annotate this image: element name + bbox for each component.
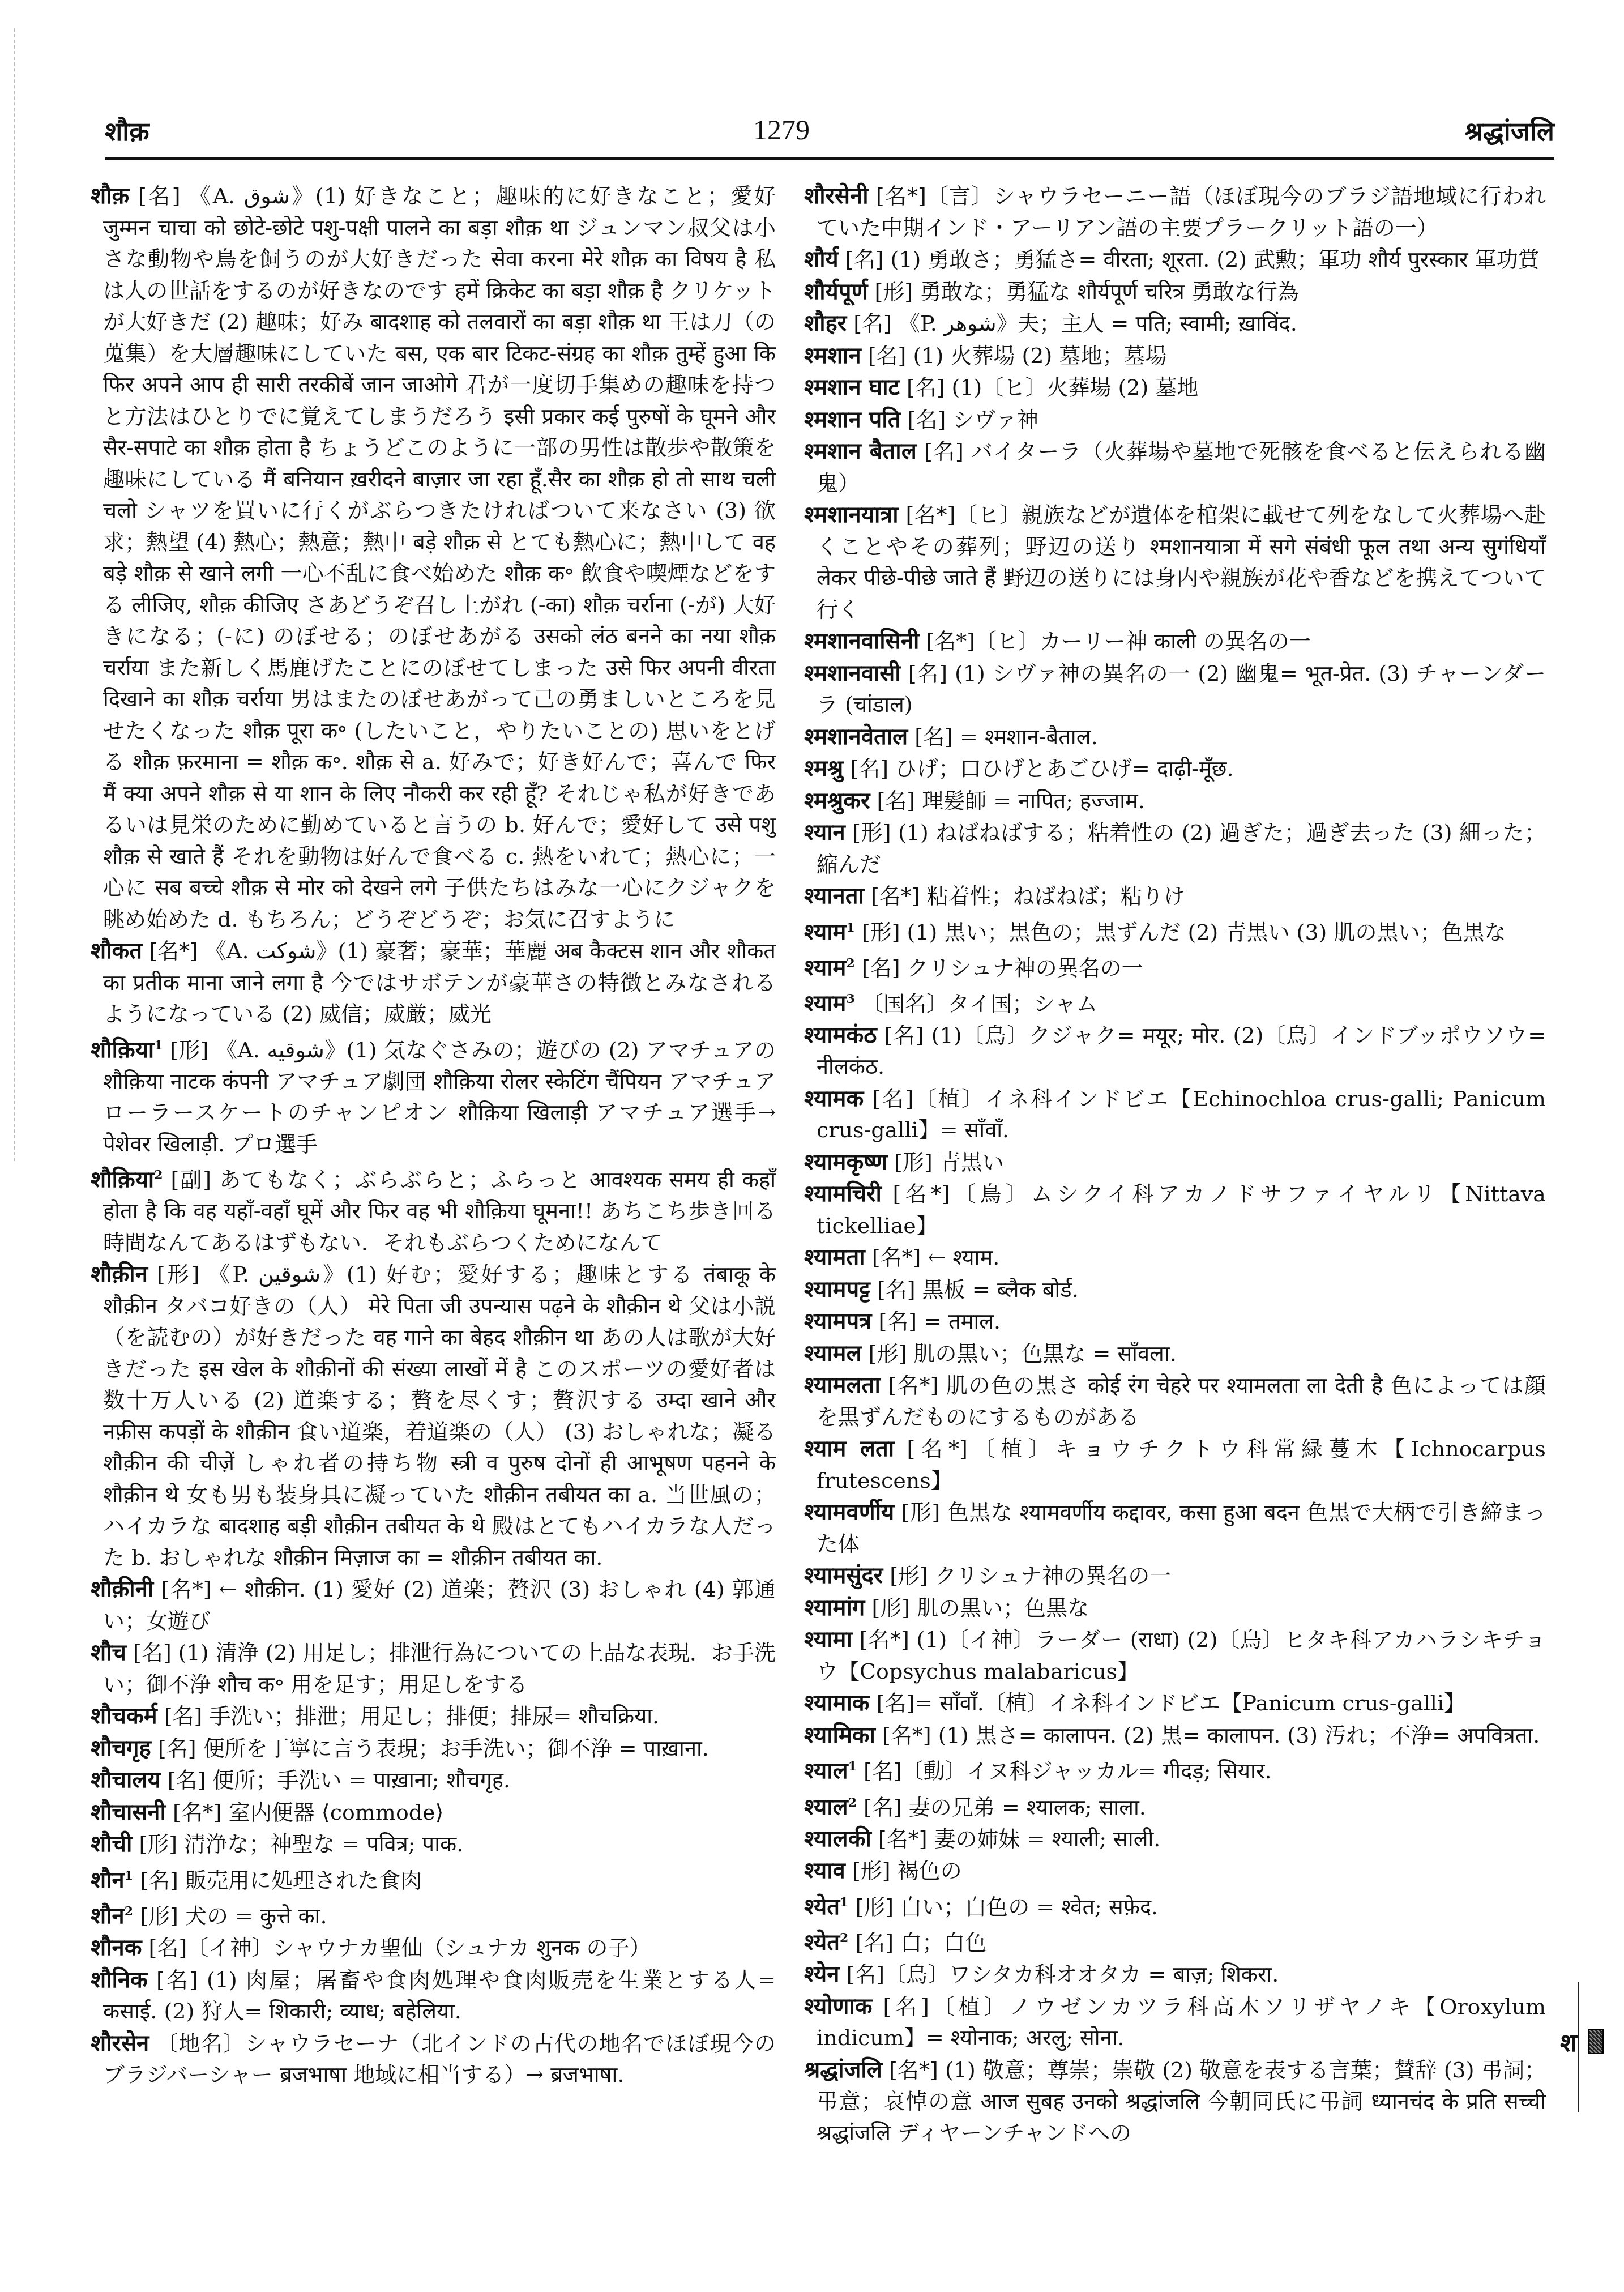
entry-definition: [名] シヴァ神 xyxy=(908,407,1038,432)
entry-headword: श्रद्धांजलि xyxy=(804,2056,882,2083)
entry-definition: [副] あてもなく；ぶらぶらと；ふらっと आवश्यक समय ही कहाँ … xyxy=(103,1167,776,1255)
dictionary-entry: शौन1 [名] 販売用に処理された食肉 xyxy=(91,1860,776,1896)
entry-headword: श्यामवर्णीय xyxy=(804,1499,894,1525)
entry-definition: [名*] ← श्याम. xyxy=(872,1245,999,1270)
entry-definition: [形] 勇敢な；勇猛な शौर्यपूर्ण चरित्र 勇敢な行為 xyxy=(875,279,1299,304)
entry-headword: श्यामक xyxy=(804,1085,864,1112)
entry-definition: [形] 色黒な श्यामवर्णीय कद्दावर, कसा हुआ बदन… xyxy=(817,1500,1546,1556)
entry-headword: श्यामल xyxy=(804,1340,862,1367)
entry-headword: शौहर xyxy=(804,310,847,336)
entry-headword: शौर्य xyxy=(804,246,839,272)
entry-definition: [形] 肌の黒い；色黒な xyxy=(871,1595,1089,1620)
entry-headword: श्मशान पति xyxy=(804,406,901,433)
entry-definition: [名] クリシュナ神の異名の一 xyxy=(862,955,1143,980)
entry-definition: [名] 販売用に処理された食肉 xyxy=(140,1867,422,1892)
dictionary-entry: शौक़िया1 [形] 《A. شوقيه》(1) 気なぐさみの；遊びの (2… xyxy=(91,1030,776,1160)
dictionary-entry: श्यामा [名*] (1)〔イ神〕ラーダー (राधा) (2)〔鳥〕ヒタキ… xyxy=(804,1624,1546,1687)
thumb-index-tab-icon xyxy=(1588,2029,1604,2054)
entry-definition: [名] 理髪師 = नापित; हज्जाम. xyxy=(877,788,1144,813)
dictionary-entry: श्रद्धांजलि [名*] (1) 敬意；尊崇；崇敬 (2) 敬意を表する… xyxy=(804,2054,1546,2149)
entry-definition: [形] クリシュナ神の異名の一 xyxy=(890,1563,1171,1588)
entry-headword: शौचगृह xyxy=(91,1735,151,1761)
entry-definition: [名]〔動〕イヌ科ジャッカル= गीदड़; सियार. xyxy=(864,1759,1271,1783)
dictionary-entry: श्यालकी [名*] 妻の姉妹 = श्याली; साली. xyxy=(804,1823,1546,1855)
dictionary-entry: श्यामचिरी [名*]〔鳥〕ムシクイ科アカノドサファイヤルリ【Nittav… xyxy=(804,1178,1546,1241)
entry-definition: [名*] 室内便器 ⟨commode⟩ xyxy=(173,1800,443,1825)
entry-definition: [形] 《A. شوقيه》(1) 気なぐさみの；遊びの (2) アマチュアの … xyxy=(103,1037,776,1156)
entry-headword: शौचासनी xyxy=(91,1799,166,1825)
entry-definition: [形] (1) ねばねばする；粘着性の (2) 過ぎた；過ぎ去った (3) 細っ… xyxy=(817,820,1546,877)
dictionary-entry: श्याव [形] 褐色の xyxy=(804,1855,1546,1887)
dictionary-entry: श्यान [形] (1) ねばねばする；粘着性の (2) 過ぎた；過ぎ去った … xyxy=(804,817,1546,880)
entry-definition: [名] 便所；手洗い = पाख़ाना; शौचगृह. xyxy=(168,1768,510,1792)
entry-definition: [名] (1)〔ヒ〕火葬場 (2) 墓地 xyxy=(907,375,1199,400)
entry-headword: शौच xyxy=(91,1639,126,1666)
entry-headword: श्यामांग xyxy=(804,1594,865,1621)
homograph-number: 2 xyxy=(125,1904,133,1919)
dictionary-entry: श्याल2 [名] 妻の兄弟 = श्यालक; साला. xyxy=(804,1787,1546,1823)
entry-definition: [形] (1) 黒い；黒色の；黒ずんだ (2) 青黒い (3) 肌の黒い；色黒な xyxy=(862,919,1506,944)
entry-definition: [名] = श्मशान-बैताल. xyxy=(914,724,1097,749)
dictionary-entry: श्याल1 [名]〔動〕イヌ科ジャッカル= गीदड़; सियार. xyxy=(804,1751,1546,1787)
entry-definition: [名] バイターラ（火葬場や墓地で死骸を食べると伝えられる幽鬼） xyxy=(817,439,1546,496)
entry-headword: श्मश्रुकर xyxy=(804,787,870,814)
entry-definition: [形] 《P. شوقين》(1) 好む；愛好する；趣味とする तंबाकू क… xyxy=(103,1262,776,1570)
dictionary-entry: शौरसेनी [名*]〔言〕シャウラセーニー語（ほぼ現今のブラジ語地域に行われ… xyxy=(804,180,1546,244)
entry-definition: [名] 白；白色 xyxy=(855,1930,986,1955)
entry-definition: [名*] 粘着性；ねばねば；粘りけ xyxy=(871,883,1185,908)
thumb-index: श xyxy=(1560,2025,1604,2059)
dictionary-entry: शौहर [名] 《P. شوهر》夫；主人 = पति; स्वामी; ख़… xyxy=(804,308,1546,340)
entry-headword: शौचकर्म xyxy=(91,1702,157,1729)
entry-headword: शौची xyxy=(91,1830,132,1857)
entry-definition: [名*] 肌の色の黒さ कोई रंग चेहरे पर श्यामलता ला… xyxy=(817,1373,1546,1429)
dictionary-entry: श्याम2 [名] クリシュナ神の異名の一 xyxy=(804,948,1546,984)
page-header: शौक़ 1279 श्रद्धांजलि xyxy=(99,113,1554,153)
dictionary-entry: श्याम1 [形] (1) 黒い；黒色の；黒ずんだ (2) 青黒い (3) 肌… xyxy=(804,912,1546,948)
dictionary-entry: शौक़ीनी [名*] ← शौक़ीन. (1) 愛好 (2) 道楽；贅沢 … xyxy=(91,1573,776,1637)
thumb-index-letter: श xyxy=(1560,2025,1577,2059)
dictionary-entry: शौनक [名]〔イ神〕シャウナカ聖仙（シュナカ शुनक の子） xyxy=(91,1932,776,1964)
entry-definition: [形] 白い；白色の = श्वेत; सफ़ेद. xyxy=(855,1894,1158,1919)
dictionary-entry: श्येत1 [形] 白い；白色の = श्वेत; सफ़ेद. xyxy=(804,1887,1546,1923)
right-guide-word: श्रद्धांजलि xyxy=(1465,113,1554,148)
entry-definition: [名]〔鳥〕ワシタカ科オオタカ = बाज़; शिकरा. xyxy=(847,1962,1279,1987)
entry-headword: श्यान xyxy=(804,819,845,846)
dictionary-entry: श्मशान [名] (1) 火葬場 (2) 墓地；墓場 xyxy=(804,340,1546,372)
entry-definition: [名]〔イ神〕シャウナカ聖仙（シュナカ शुनक の子） xyxy=(149,1935,651,1960)
dictionary-entry: शौची [形] 清浄な；神聖な = पवित्र; पाक. xyxy=(91,1828,776,1860)
entry-definition: [名*]〔言〕シャウラセーニー語（ほぼ現今のブラジ語地域に行われていた中期インド… xyxy=(817,183,1546,240)
entry-definition: [名] (1) 清浄 (2) 用足し；排泄行為についての上品な表現．お手洗い；御… xyxy=(103,1640,776,1697)
entry-headword: शौकत xyxy=(91,937,142,964)
entry-definition: [名]〔植〕イネ科インドビエ【Echinochloa crus-galli; P… xyxy=(817,1086,1546,1143)
entry-headword: श्येत xyxy=(804,1893,840,1919)
dictionary-entry: शौक़ [名] 《A. شوق》(1) 好きなこと；趣味的に好きなこと；愛好 … xyxy=(91,180,776,935)
dictionary-entry: श्मश्रुकर [名] 理髪師 = नापित; हज्जाम. xyxy=(804,785,1546,817)
entry-definition: [名] (1) 勇敢さ；勇猛さ= वीरता; शूरता. (2) 武勲；軍功… xyxy=(845,247,1540,272)
dictionary-entry: श्यामांग [形] 肌の黒い；色黒な xyxy=(804,1592,1546,1624)
entry-headword: श्मश्रु xyxy=(804,755,843,782)
dictionary-entry: श्यामता [名*] ← श्याम. xyxy=(804,1241,1546,1274)
dictionary-entry: श्यामिका [名*] (1) 黒さ= कालापन. (2) 黒= काल… xyxy=(804,1719,1546,1752)
entry-headword: श्येन xyxy=(804,1961,839,1987)
entry-headword: श्याम xyxy=(804,989,846,1016)
entry-headword: श्मशानवासिनी xyxy=(804,628,919,654)
entry-headword: श्मशानवासी xyxy=(804,660,901,686)
entry-headword: शौन xyxy=(91,1866,125,1893)
dictionary-entry: शौर्य [名] (1) 勇敢さ；勇猛さ= वीरता; शूरता. (2)… xyxy=(804,244,1546,276)
entry-definition: [名] (1) 肉屋；屠畜や食肉処理や食肉販売を生業とする人= कसाई. (2… xyxy=(103,1967,776,2024)
dictionary-entry: श्योणाक [名]〔植〕ノウゼンカツラ科高木ソリザヤノキ【Oroxylum … xyxy=(804,1991,1546,2054)
dictionary-entry: श्यामपट्ट [名] 黒板 = ब्लैक बोर्ड. xyxy=(804,1274,1546,1306)
homograph-number: 2 xyxy=(840,1931,848,1945)
dictionary-entry: शौन2 [形] 犬の = कुत्ते का. xyxy=(91,1896,776,1932)
dictionary-entry: शौचगृह [名] 便所を丁寧に言う表現；お手洗い；御不浄 = पाख़ाना… xyxy=(91,1732,776,1765)
dictionary-entry: श्मशानवेताल [名] = श्मशान-बैताल. xyxy=(804,721,1546,753)
entry-headword: शौक़ीनी xyxy=(91,1576,153,1602)
homograph-number: 1 xyxy=(840,1895,848,1910)
left-column: शौक़ [名] 《A. شوق》(1) 好きなこと；趣味的に好きなこと；愛好 … xyxy=(91,180,776,2091)
dictionary-entry: श्यामलता [名*] 肌の色の黒さ कोई रंग चेहरे पर श्… xyxy=(804,1369,1546,1433)
entry-headword: श्येत xyxy=(804,1929,840,1956)
homograph-number: 2 xyxy=(846,956,854,971)
dictionary-entry: श्मशानवासिनी [名*]〔ヒ〕カーリー神 काली の異名の一 xyxy=(804,625,1546,658)
homograph-number: 1 xyxy=(154,1038,163,1053)
dictionary-entry: श्मशान बैताल [名] バイターラ（火葬場や墓地で死骸を食べると伝えら… xyxy=(804,436,1546,499)
entry-headword: श्मशानवेताल xyxy=(804,723,908,750)
entry-headword: श्यामता xyxy=(804,1244,865,1270)
entry-headword: शौक़ीन xyxy=(91,1261,148,1287)
entry-headword: शौक़ xyxy=(91,182,129,209)
entry-headword: श्यामलता xyxy=(804,1372,881,1398)
entry-definition: [名*] (1) 黒さ= कालापन. (2) 黒= कालापन. (3) … xyxy=(882,1723,1540,1748)
page-number: 1279 xyxy=(753,113,810,146)
dictionary-entry: श्यामकृष्ण [形] 青黒い xyxy=(804,1146,1546,1179)
dictionary-entry: श्याम3 〔国名〕タイ国；シャム xyxy=(804,984,1546,1019)
entry-headword: श्योणाक xyxy=(804,1993,873,2020)
dictionary-entry: श्येत2 [名] 白；白色 xyxy=(804,1923,1546,1958)
entry-definition: [名]= साँवाँ.〔植〕イネ科インドビエ【Panicum crus-gal… xyxy=(877,1691,1465,1715)
entry-headword: शौर्यपूर्ण xyxy=(804,278,867,305)
entry-definition: [名] (1) 火葬場 (2) 墓地；墓場 xyxy=(868,343,1167,368)
entry-definition: [名*]〔鳥〕ムシクイ科アカノドサファイヤルリ【Nittava tickelli… xyxy=(817,1181,1546,1238)
homograph-number: 2 xyxy=(848,1795,857,1810)
entry-headword: शौरसेनी xyxy=(804,182,869,209)
entry-definition: [形] 清浄な；神聖な = पवित्र; पाक. xyxy=(139,1832,463,1856)
entry-definition: [名*] ← शौक़ीन. (1) 愛好 (2) 道楽；贅沢 (3) おしゃれ… xyxy=(103,1577,776,1633)
homograph-number: 1 xyxy=(846,920,854,935)
entry-headword: श्याल xyxy=(804,1793,848,1820)
header-rule xyxy=(105,157,1554,160)
homograph-number: 1 xyxy=(848,1759,857,1774)
entry-definition: [名] 《A. شوق》(1) 好きなこと；趣味的に好きなこと；愛好 जुम्म… xyxy=(103,183,776,932)
dictionary-entry: श्यामपत्र [名] = तमाल. xyxy=(804,1305,1546,1338)
entry-headword: श्याम xyxy=(804,954,846,980)
entry-headword: श्यामकृष्ण xyxy=(804,1149,887,1175)
dictionary-entry: श्येन [名]〔鳥〕ワシタカ科オオタカ = बाज़; शिकरा. xyxy=(804,1958,1546,1991)
entry-headword: श्याल xyxy=(804,1757,848,1784)
dictionary-entry: श्यामकंठ [名] (1)〔鳥〕クジャク= मयूर; मोर. (2)〔… xyxy=(804,1019,1546,1083)
entry-definition: [形] 肌の黒い；色黒な = साँवला. xyxy=(869,1341,1177,1366)
dictionary-entry: शौक़िया2 [副] あてもなく；ぶらぶらと；ふらっと आवश्यक समय… xyxy=(91,1160,776,1258)
homograph-number: 1 xyxy=(125,1868,133,1883)
dictionary-entry: शौचालय [名] 便所；手洗い = पाख़ाना; शौचगृह. xyxy=(91,1764,776,1796)
entry-definition: [名*]〔ヒ〕親族などが遺体を棺架に載せて列をなして火葬場へ赴くことやその葬列；… xyxy=(817,502,1546,622)
entry-headword: श्यामपट्ट xyxy=(804,1276,870,1303)
entry-definition: [名] ひげ；口ひげとあごひげ= दाढ़ी-मूँछ. xyxy=(850,756,1233,781)
entry-headword: श्यामकंठ xyxy=(804,1022,877,1048)
entry-definition: [名] 黒板 = ब्लैक बोर्ड. xyxy=(877,1277,1079,1302)
dictionary-entry: श्यामक [名]〔植〕イネ科インドビエ【Echinochloa crus-g… xyxy=(804,1083,1546,1146)
entry-definition: [名] 便所を丁寧に言う表現；お手洗い；御不浄 = पाख़ाना. xyxy=(158,1736,709,1761)
dictionary-entry: श्यामाक [名]= साँवाँ.〔植〕イネ科インドビエ【Panicum … xyxy=(804,1687,1546,1719)
dictionary-entry: श्यामवर्णीय [形] 色黒な श्यामवर्णीय कद्दावर,… xyxy=(804,1496,1546,1560)
entry-definition: [名] 手洗い；排泄；用足し；排便；排尿= शौचक्रिया. xyxy=(164,1704,659,1728)
entry-headword: श्यामाक xyxy=(804,1689,870,1716)
entry-headword: श्यानता xyxy=(804,882,864,909)
dictionary-entry: श्मशानयात्रा [名*]〔ヒ〕親族などが遺体を棺架に載せて列をなして火… xyxy=(804,499,1546,625)
entry-definition: [名*] 《A. شوكت》(1) 豪奢；豪華；華麗 अब कैक्टस शान… xyxy=(103,938,776,1026)
entry-headword: श्यामपत्र xyxy=(804,1308,871,1334)
dictionary-entry: श्यानता [名*] 粘着性；ねばねば；粘りけ xyxy=(804,880,1546,912)
entry-definition: [名*]〔ヒ〕カーリー神 काली の異名の一 xyxy=(926,629,1310,654)
entry-headword: श्यामा xyxy=(804,1626,852,1653)
homograph-number: 2 xyxy=(154,1168,163,1183)
entry-headword: शौनिक xyxy=(91,1966,148,1993)
entry-headword: श्यालकी xyxy=(804,1825,871,1852)
entry-headword: श्यामचिरी xyxy=(804,1180,882,1207)
dictionary-entry: शौरसेन 〔地名〕シャウラセーナ（北インドの古代の地名でほぼ現今のブラジバー… xyxy=(91,2028,776,2091)
page-binding-edge xyxy=(0,28,15,1161)
entry-headword: शौनक xyxy=(91,1934,142,1961)
entry-definition: [名]〔植〕ノウゼンカツラ科高木ソリザヤノキ【Oroxylum indicum】… xyxy=(817,1994,1546,2051)
entry-definition: [名*] (1)〔イ神〕ラーダー (राधा) (2)〔鳥〕ヒタキ科アカハラシキ… xyxy=(817,1627,1546,1684)
entry-definition: [形] 青黒い xyxy=(894,1150,1004,1175)
entry-headword: श्मशान बैताल xyxy=(804,438,917,464)
entry-definition: [名*]〔植〕キョウチクトウ科常緑蔓木【Ichnocarpus frutesce… xyxy=(817,1436,1546,1493)
entry-headword: शौक़िया xyxy=(91,1166,154,1193)
entry-definition: [名] (1)〔鳥〕クジャク= मयूर; मोर. (2)〔鳥〕インドブッポウ… xyxy=(817,1023,1546,1079)
dictionary-entry: श्यामसुंदर [形] クリシュナ神の異名の一 xyxy=(804,1560,1546,1592)
entry-headword: शौचालय xyxy=(91,1766,161,1793)
entry-headword: श्यामसुंदर xyxy=(804,1562,883,1589)
entry-headword: श्याम लता xyxy=(804,1435,894,1462)
dictionary-entry: शौकत [名*] 《A. شوكت》(1) 豪奢；豪華；華麗 अब कैक्ट… xyxy=(91,935,776,1030)
entry-headword: श्मशानयात्रा xyxy=(804,501,899,528)
dictionary-entry: श्यामल [形] 肌の黒い；色黒な = साँवला. xyxy=(804,1338,1546,1370)
entry-definition: [形] 褐色の xyxy=(852,1858,962,1883)
dictionary-entry: शौचासनी [名*] 室内便器 ⟨commode⟩ xyxy=(91,1796,776,1829)
entry-definition: [名] = तमाल. xyxy=(878,1309,1001,1334)
dictionary-entry: शौर्यपूर्ण [形] 勇敢な；勇猛な शौर्यपूर्ण चरित्र… xyxy=(804,276,1546,308)
entry-definition: [名] (1) シヴァ神の異名の一 (2) 幽鬼= भूत-प्रेत. (3)… xyxy=(817,661,1546,718)
right-column: शौरसेनी [名*]〔言〕シャウラセーニー語（ほぼ現今のブラジ語地域に行われ… xyxy=(804,180,1546,2149)
entry-definition: [名*] 妻の姉妹 = श्याली; साली. xyxy=(878,1826,1160,1851)
entry-headword: शौक़िया xyxy=(91,1036,154,1062)
entry-definition: [形] 犬の = कुत्ते का. xyxy=(140,1903,327,1928)
entry-headword: श्याव xyxy=(804,1857,845,1884)
dictionary-entry: शौचकर्म [名] 手洗い；排泄；用足し；排便；排尿= शौचक्रिया. xyxy=(91,1700,776,1732)
entry-headword: श्मशान घाट xyxy=(804,374,900,400)
entry-headword: शौरसेन xyxy=(91,2030,149,2056)
entry-definition: [名] 妻の兄弟 = श्यालक; साला. xyxy=(864,1794,1146,1819)
entry-headword: श्मशान xyxy=(804,342,861,369)
entry-definition: 〔国名〕タイ国；シャム xyxy=(862,991,1097,1015)
dictionary-entry: श्मशानवासी [名] (1) シヴァ神の異名の一 (2) 幽鬼= भूत… xyxy=(804,658,1546,721)
entry-definition: 〔地名〕シャウラセーナ（北インドの古代の地名でほぼ現今のブラジバーシャー ब्र… xyxy=(103,2031,776,2088)
entry-headword: श्यामिका xyxy=(804,1722,875,1748)
entry-headword: श्याम xyxy=(804,918,846,945)
entry-definition: [名*] (1) 敬意；尊崇；崇敬 (2) 敬意を表する言葉；賛辞 (3) 弔詞… xyxy=(817,2058,1546,2145)
dictionary-entry: शौक़ीन [形] 《P. شوقين》(1) 好む；愛好する；趣味とする त… xyxy=(91,1258,776,1573)
homograph-number: 3 xyxy=(846,992,854,1006)
entry-definition: [名] 《P. شوهر》夫；主人 = पति; स्वामी; ख़ाविंद… xyxy=(853,311,1297,336)
dictionary-entry: श्याम लता [名*]〔植〕キョウチクトウ科常緑蔓木【Ichnocarpu… xyxy=(804,1433,1546,1496)
left-guide-word: शौक़ xyxy=(105,113,149,148)
entry-headword: शौन xyxy=(91,1902,125,1929)
dictionary-entry: श्मश्रु [名] ひげ；口ひげとあごひげ= दाढ़ी-मूँछ. xyxy=(804,753,1546,785)
dictionary-entry: श्मशान घाट [名] (1)〔ヒ〕火葬場 (2) 墓地 xyxy=(804,372,1546,404)
dictionary-entry: शौच [名] (1) 清浄 (2) 用足し；排泄行為についての上品な表現．お手… xyxy=(91,1637,776,1700)
dictionary-entry: श्मशान पति [名] シヴァ神 xyxy=(804,404,1546,436)
dictionary-entry: शौनिक [名] (1) 肉屋；屠畜や食肉処理や食肉販売を生業とする人= कस… xyxy=(91,1964,776,2028)
